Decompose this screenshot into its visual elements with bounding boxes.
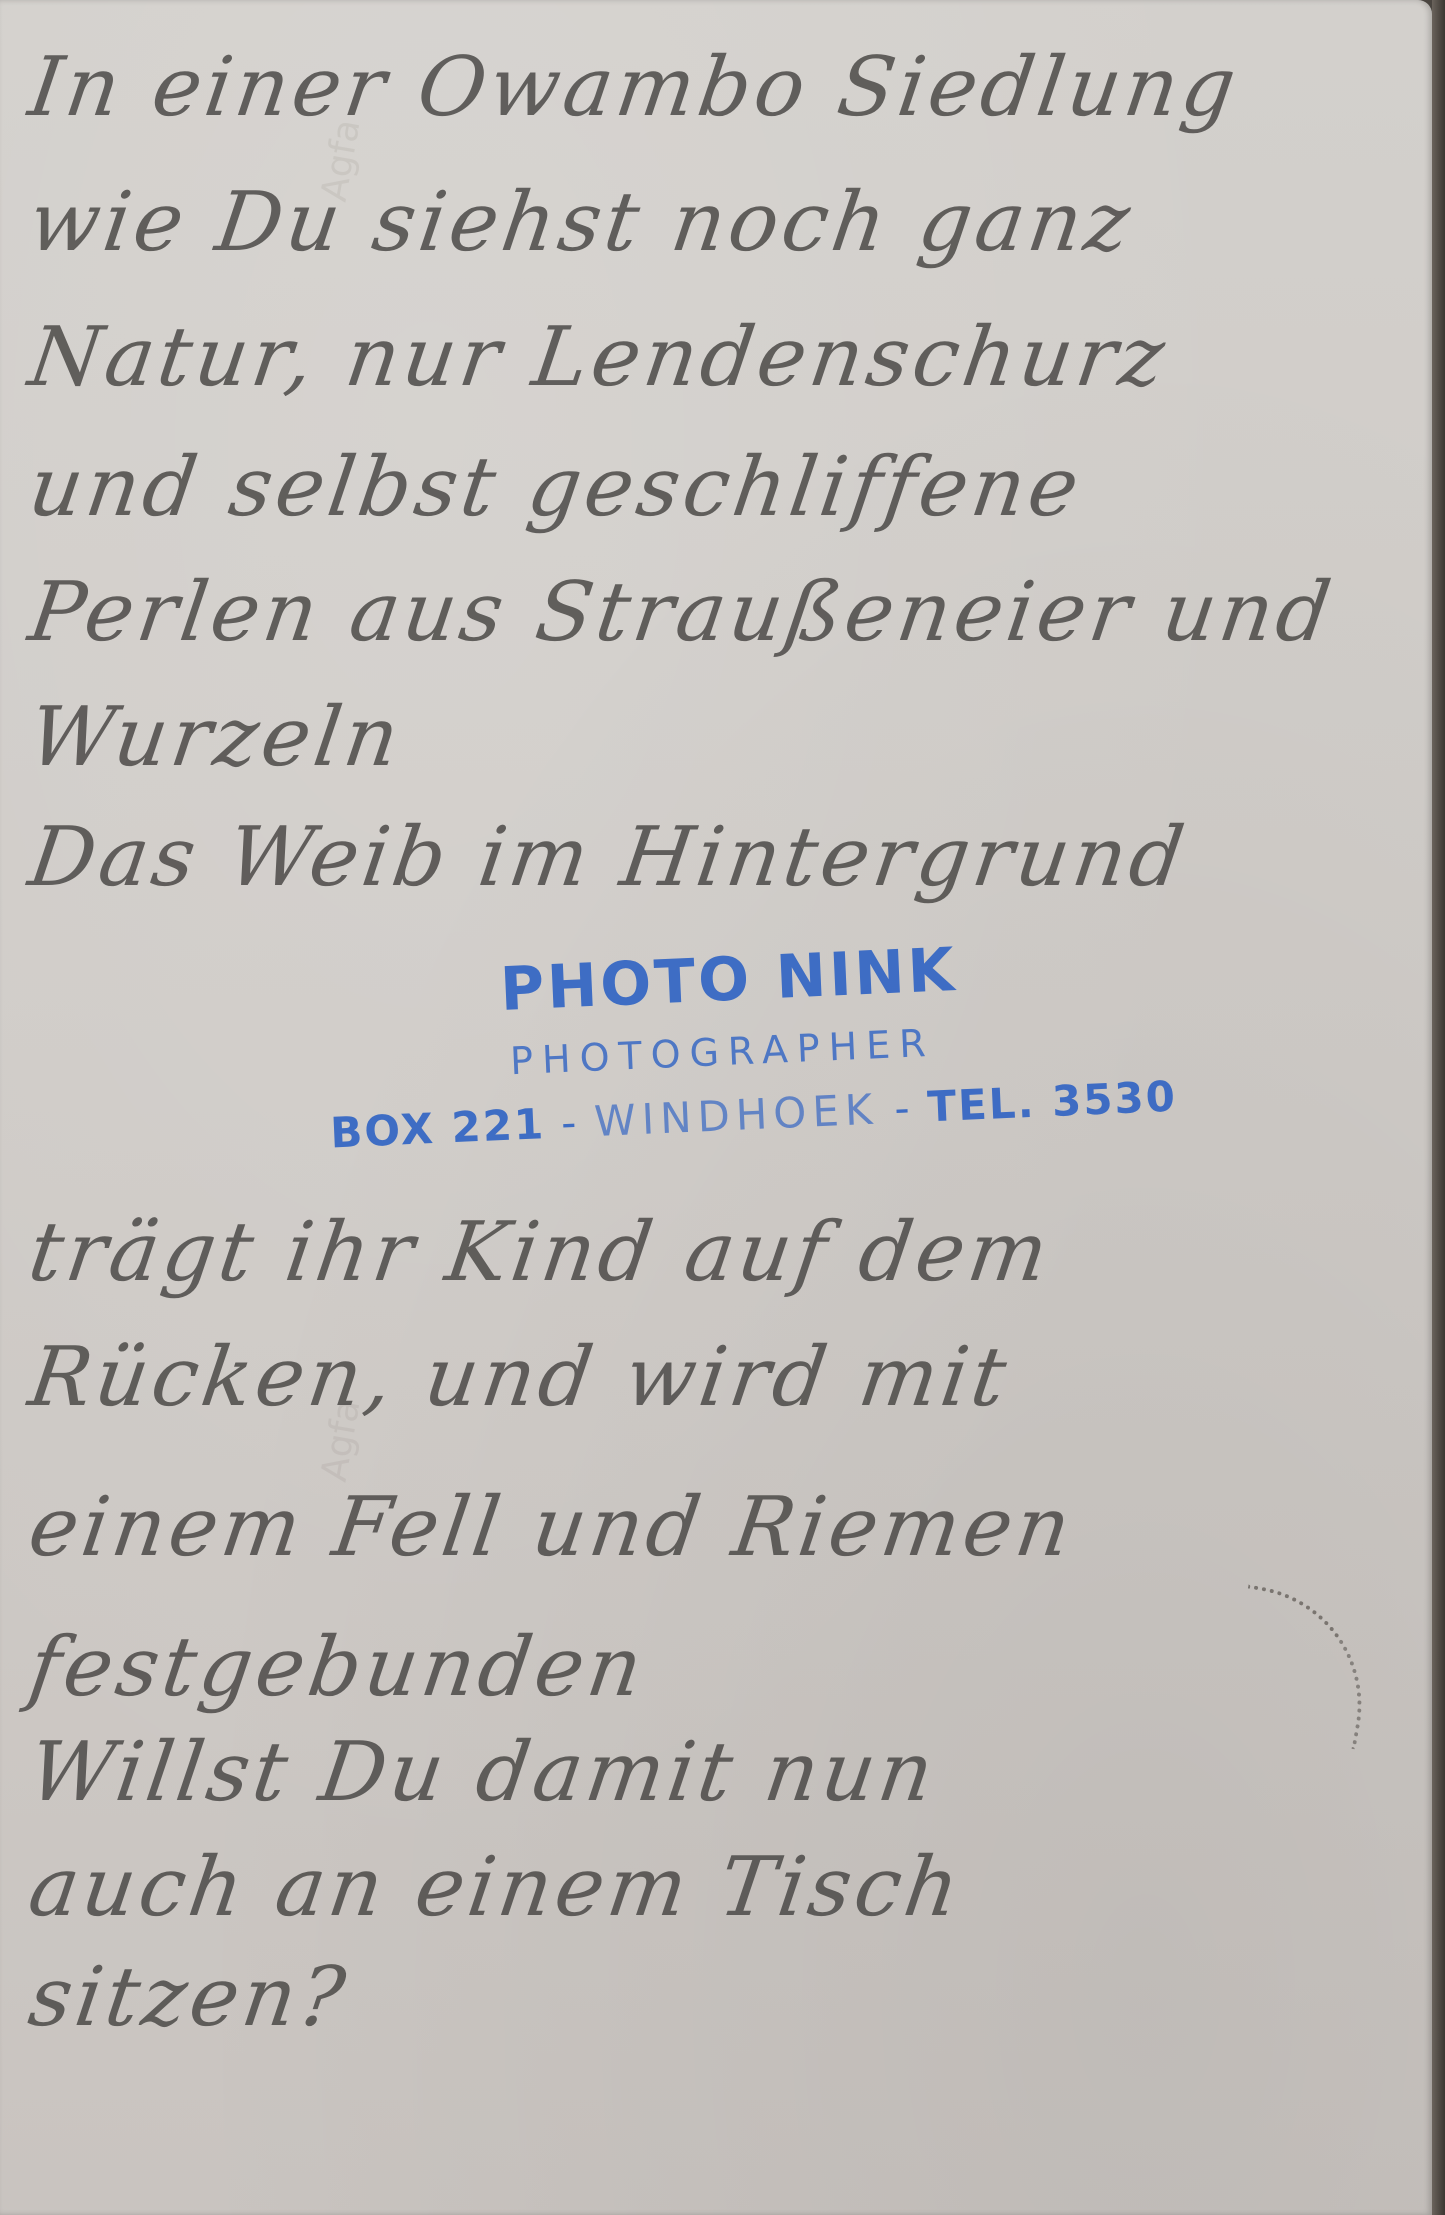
stamp-separator: -	[560, 1098, 579, 1148]
stamp-title: PHOTOGRAPHER	[509, 1021, 935, 1083]
handwriting-line: einem Fell und Riemen	[23, 1480, 1079, 1575]
handwriting-line: sitzen?	[23, 1950, 354, 2045]
handwriting-line: festgebunden	[23, 1620, 651, 1715]
stamp-address: BOX 221-WINDHOEK-TEL. 3530	[329, 1072, 1178, 1158]
handwriting-line: Perlen aus Straußeneier und	[23, 565, 1340, 660]
handwriting-line: wie Du siehst noch ganz	[23, 175, 1139, 270]
handwriting-line: In einer Owambo Siedlung	[23, 40, 1245, 135]
handwriting-line: Natur, nur Lendenschurz	[23, 310, 1174, 405]
handwriting-line: Rücken, und wird mit	[23, 1330, 1015, 1425]
handwriting-line: und selbst geschliffene	[23, 440, 1088, 535]
stamp-tel: TEL. 3530	[926, 1072, 1177, 1132]
stamp-separator: -	[893, 1083, 912, 1133]
stamp-box: BOX 221	[329, 1099, 546, 1157]
handwriting-line: Wurzeln	[23, 690, 408, 785]
postcard-back: Agfa Agfa In einer Owambo Siedlung wie D…	[0, 0, 1432, 2215]
ink-smudge	[1224, 1584, 1381, 1749]
background-edge	[1432, 0, 1445, 2215]
handwriting-line: Das Weib im Hintergrund	[23, 810, 1193, 905]
handwriting-line: auch an einem Tisch	[23, 1840, 968, 1935]
stamp-city: WINDHOEK	[593, 1085, 879, 1146]
handwriting-line: trägt ihr Kind auf dem	[23, 1205, 1057, 1300]
stamp-studio-name: PHOTO NINK	[499, 935, 959, 1025]
handwriting-line: Willst Du damit nun	[23, 1725, 942, 1820]
